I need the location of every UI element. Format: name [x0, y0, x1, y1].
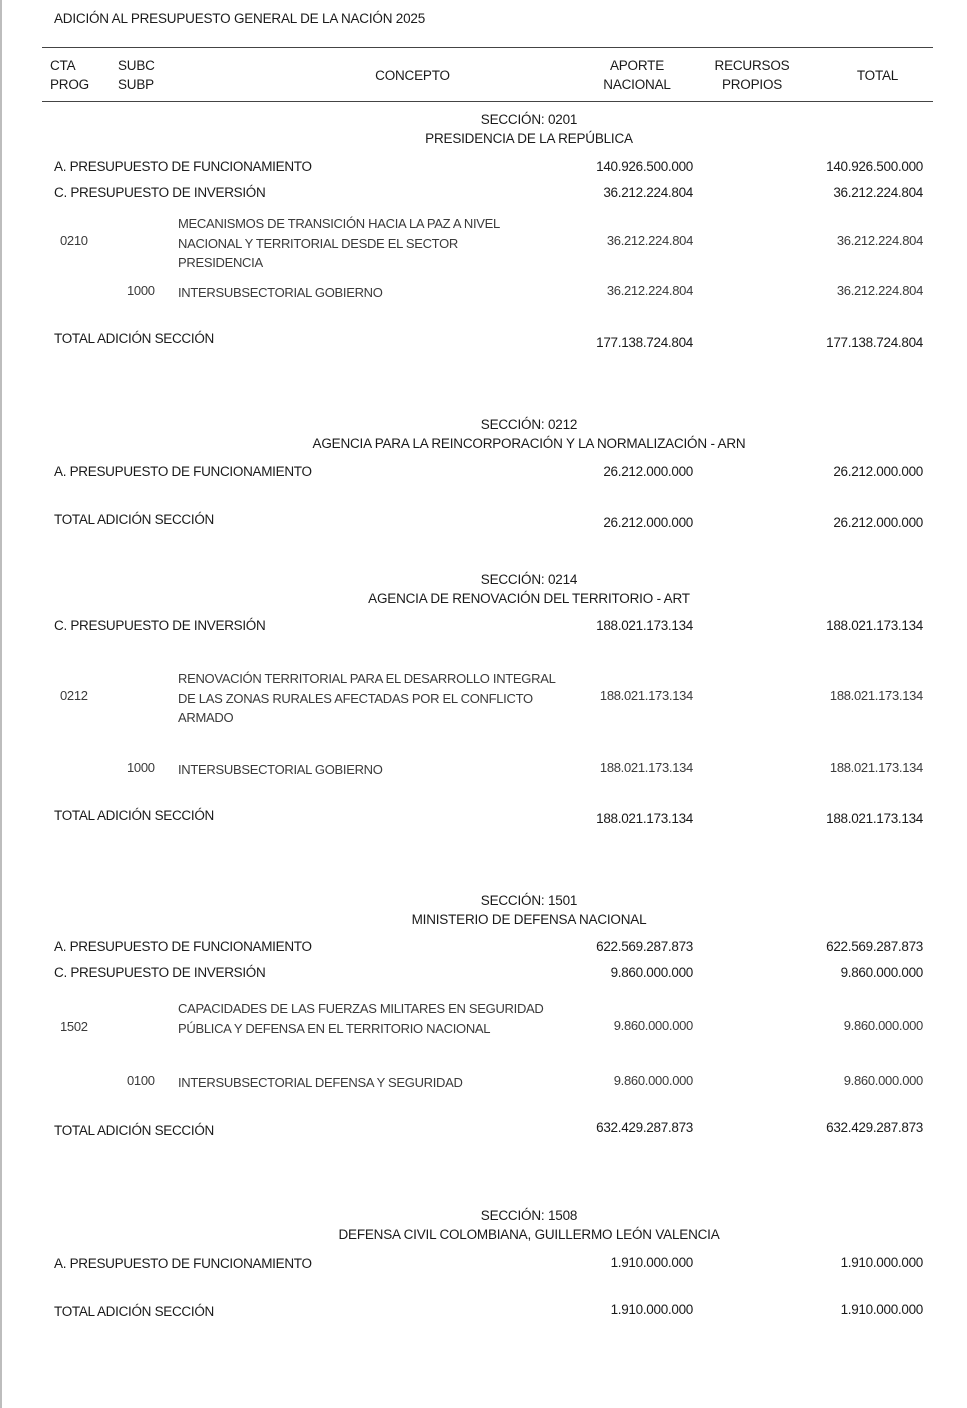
aporte-nacional-value: 26.212.000.000: [603, 515, 693, 530]
total-value: 9.860.000.000: [844, 1018, 923, 1033]
col-header-total: TOTAL: [830, 66, 925, 85]
total-value: 1.910.000.000: [841, 1302, 923, 1317]
subprogram-code: 1000: [127, 283, 155, 298]
aporte-nacional-value: 36.212.224.804: [603, 185, 693, 200]
subprogram-concept: INTERSUBSECTORIAL GOBIERNO: [178, 760, 568, 780]
subprogram-concept: INTERSUBSECTORIAL GOBIERNO: [178, 283, 568, 303]
row-label: TOTAL ADICIÓN SECCIÓN: [54, 512, 214, 527]
aporte-nacional-value: 188.021.173.134: [600, 688, 693, 703]
total-value: 26.212.000.000: [833, 464, 923, 479]
col-header-aporte-nacional: APORTE NACIONAL: [585, 56, 689, 94]
section-code: SECCIÓN: 1501: [0, 891, 967, 910]
col-header-recursos-propios: RECURSOS PROPIOS: [700, 56, 804, 94]
total-value: 36.212.224.804: [837, 233, 923, 248]
col-header-subp: SUBP: [118, 75, 155, 94]
row-label: A. PRESUPUESTO DE FUNCIONAMIENTO: [54, 939, 312, 954]
total-value: 36.212.224.804: [837, 283, 923, 298]
aporte-nacional-value: 622.569.287.873: [596, 939, 693, 954]
total-value: 9.860.000.000: [844, 1073, 923, 1088]
col-header-nacional: NACIONAL: [585, 75, 689, 94]
col-header-subc-subp: SUBC SUBP: [118, 56, 155, 94]
section-heading: SECCIÓN: 1501 MINISTERIO DE DEFENSA NACI…: [0, 891, 967, 929]
row-label: A. PRESUPUESTO DE FUNCIONAMIENTO: [54, 1256, 312, 1271]
section-name: DEFENSA CIVIL COLOMBIANA, GUILLERMO LEÓN…: [0, 1225, 967, 1244]
col-header-cta-prog: CTA PROG: [50, 56, 89, 94]
section-name: AGENCIA PARA LA REINCORPORACIÓN Y LA NOR…: [0, 434, 967, 453]
aporte-nacional-value: 140.926.500.000: [596, 159, 693, 174]
subprogram-code: 1000: [127, 760, 155, 775]
program-code: 1502: [60, 1019, 88, 1034]
aporte-nacional-value: 632.429.287.873: [596, 1120, 693, 1135]
aporte-nacional-value: 1.910.000.000: [611, 1302, 693, 1317]
row-label: TOTAL ADICIÓN SECCIÓN: [54, 1304, 214, 1319]
header-bottom-rule: [42, 101, 933, 102]
subprogram-concept: INTERSUBSECTORIAL DEFENSA Y SEGURIDAD: [178, 1073, 568, 1093]
program-concept: RENOVACIÓN TERRITORIAL PARA EL DESARROLL…: [178, 669, 563, 728]
aporte-nacional-value: 26.212.000.000: [603, 464, 693, 479]
aporte-nacional-value: 9.860.000.000: [614, 1073, 693, 1088]
row-label: A. PRESUPUESTO DE FUNCIONAMIENTO: [54, 464, 312, 479]
program-concept: MECANISMOS DE TRANSICIÓN HACIA LA PAZ A …: [178, 214, 538, 273]
section-code: SECCIÓN: 0201: [0, 110, 967, 129]
aporte-nacional-value: 9.860.000.000: [611, 965, 693, 980]
program-code: 0212: [60, 688, 88, 703]
col-header-subc: SUBC: [118, 56, 155, 75]
section-code: SECCIÓN: 0212: [0, 415, 967, 434]
total-value: 188.021.173.134: [826, 811, 923, 826]
row-label: TOTAL ADICIÓN SECCIÓN: [54, 1123, 214, 1138]
aporte-nacional-value: 1.910.000.000: [611, 1255, 693, 1270]
document-title: ADICIÓN AL PRESUPUESTO GENERAL DE LA NAC…: [54, 11, 425, 26]
total-value: 188.021.173.134: [830, 688, 923, 703]
total-value: 188.021.173.134: [830, 760, 923, 775]
row-label: TOTAL ADICIÓN SECCIÓN: [54, 331, 214, 346]
program-concept: CAPACIDADES DE LAS FUERZAS MILITARES EN …: [178, 999, 548, 1038]
section-name: MINISTERIO DE DEFENSA NACIONAL: [0, 910, 967, 929]
section-heading: SECCIÓN: 0214 AGENCIA DE RENOVACIÓN DEL …: [0, 570, 967, 608]
total-value: 177.138.724.804: [826, 335, 923, 350]
row-label: A. PRESUPUESTO DE FUNCIONAMIENTO: [54, 159, 312, 174]
row-label: C. PRESUPUESTO DE INVERSIÓN: [54, 618, 265, 633]
col-header-propios: PROPIOS: [700, 75, 804, 94]
total-value: 26.212.000.000: [833, 515, 923, 530]
total-value: 9.860.000.000: [841, 965, 923, 980]
total-value: 188.021.173.134: [826, 618, 923, 633]
aporte-nacional-value: 188.021.173.134: [596, 811, 693, 826]
row-label: TOTAL ADICIÓN SECCIÓN: [54, 808, 214, 823]
section-heading: SECCIÓN: 0212 AGENCIA PARA LA REINCORPOR…: [0, 415, 967, 453]
total-value: 1.910.000.000: [841, 1255, 923, 1270]
aporte-nacional-value: 188.021.173.134: [596, 618, 693, 633]
col-header-prog: PROG: [50, 75, 89, 94]
aporte-nacional-value: 188.021.173.134: [600, 760, 693, 775]
section-code: SECCIÓN: 1508: [0, 1206, 967, 1225]
col-header-recursos: RECURSOS: [700, 56, 804, 75]
section-code: SECCIÓN: 0214: [0, 570, 967, 589]
row-label: C. PRESUPUESTO DE INVERSIÓN: [54, 965, 265, 980]
aporte-nacional-value: 36.212.224.804: [607, 283, 693, 298]
col-header-concepto: CONCEPTO: [340, 66, 485, 85]
total-value: 36.212.224.804: [833, 185, 923, 200]
subprogram-code: 0100: [127, 1073, 155, 1088]
row-label: C. PRESUPUESTO DE INVERSIÓN: [54, 185, 265, 200]
program-code: 0210: [60, 233, 88, 248]
col-header-aporte: APORTE: [585, 56, 689, 75]
aporte-nacional-value: 9.860.000.000: [614, 1018, 693, 1033]
section-name: AGENCIA DE RENOVACIÓN DEL TERRITORIO - A…: [0, 589, 967, 608]
section-heading: SECCIÓN: 0201 PRESIDENCIA DE LA REPÚBLIC…: [0, 110, 967, 148]
aporte-nacional-value: 36.212.224.804: [607, 233, 693, 248]
section-name: PRESIDENCIA DE LA REPÚBLICA: [0, 129, 967, 148]
section-heading: SECCIÓN: 1508 DEFENSA CIVIL COLOMBIANA, …: [0, 1206, 967, 1244]
page-edge: [0, 0, 2, 1408]
aporte-nacional-value: 177.138.724.804: [596, 335, 693, 350]
col-header-cta: CTA: [50, 56, 89, 75]
total-value: 140.926.500.000: [826, 159, 923, 174]
total-value: 622.569.287.873: [826, 939, 923, 954]
total-value: 632.429.287.873: [826, 1120, 923, 1135]
header-top-rule: [42, 47, 933, 48]
